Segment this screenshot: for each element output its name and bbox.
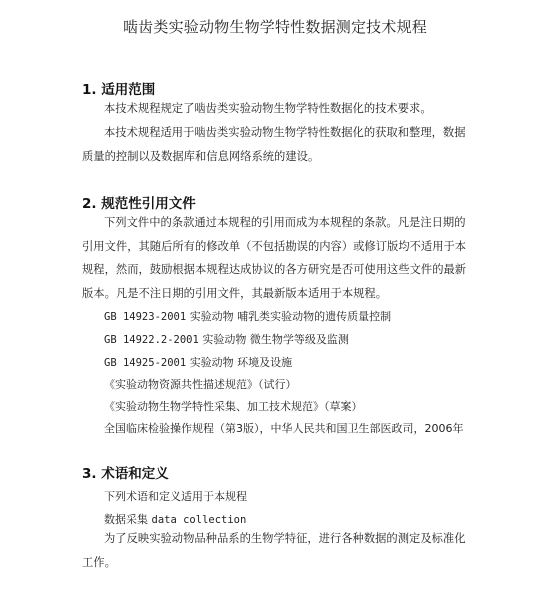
section-1-paragraph-1: 本技术规程规定了啮齿类实验动物生物学特性数据化的技术要求。	[82, 97, 472, 121]
section-2-heading: 2. 规范性引用文件	[82, 192, 196, 212]
reference-text: 实验动物 环境及设施	[190, 356, 293, 369]
reference-item: GB 14923-2001 实验动物 哺乳类实验动物的遗传质量控制	[104, 308, 391, 324]
section-1-paragraph-2: 本技术规程适用于啮齿类实验动物生物学特性数据化的获取和整理，数据质量的控制以及数…	[82, 121, 472, 168]
reference-code: GB 14922.2-2001	[104, 334, 199, 346]
reference-text: 实验动物 微生物学等级及监测	[202, 333, 349, 346]
reference-text: 全国临床检验操作规程（第3版），中华人民共和国卫生部医政司，2006年	[104, 422, 464, 435]
document-title: 啮齿类实验动物生物学特性数据测定技术规程	[0, 16, 550, 37]
term-chinese: 数据采集	[104, 513, 148, 526]
reference-item: GB 14925-2001 实验动物 环境及设施	[104, 354, 292, 370]
term-definition: 为了反映实验动物品种品系的生物学特征，进行各种数据的测定及标准化工作。	[82, 527, 472, 574]
reference-code: GB 14923-2001	[104, 311, 186, 323]
section-2-paragraph-1: 下列文件中的条款通过本规程的引用而成为本规程的条款。凡是注日期的引用文件，其随后…	[82, 211, 472, 305]
term-english: data collection	[152, 514, 247, 526]
reference-code: GB 14925-2001	[104, 357, 186, 369]
section-3-heading: 3. 术语和定义	[82, 462, 169, 482]
reference-item: 全国临床检验操作规程（第3版），中华人民共和国卫生部医政司，2006年	[104, 420, 464, 436]
reference-text: 《实验动物生物学特性采集、加工技术规范》（草案）	[104, 400, 363, 413]
reference-text: 《实验动物资源共性描述规范》（试行）	[104, 378, 297, 391]
reference-item: 《实验动物资源共性描述规范》（试行）	[104, 376, 297, 392]
reference-item: GB 14922.2-2001 实验动物 微生物学等级及监测	[104, 331, 349, 347]
section-1-heading: 1. 适用范围	[82, 78, 155, 98]
term-entry: 数据采集 data collection	[104, 511, 246, 527]
reference-item: 《实验动物生物学特性采集、加工技术规范》（草案）	[104, 398, 363, 414]
document-page: 啮齿类实验动物生物学特性数据测定技术规程 1. 适用范围 本技术规程规定了啮齿类…	[0, 0, 550, 592]
reference-text: 实验动物 哺乳类实验动物的遗传质量控制	[190, 310, 392, 323]
section-3-intro: 下列术语和定义适用于本规程	[104, 488, 247, 504]
